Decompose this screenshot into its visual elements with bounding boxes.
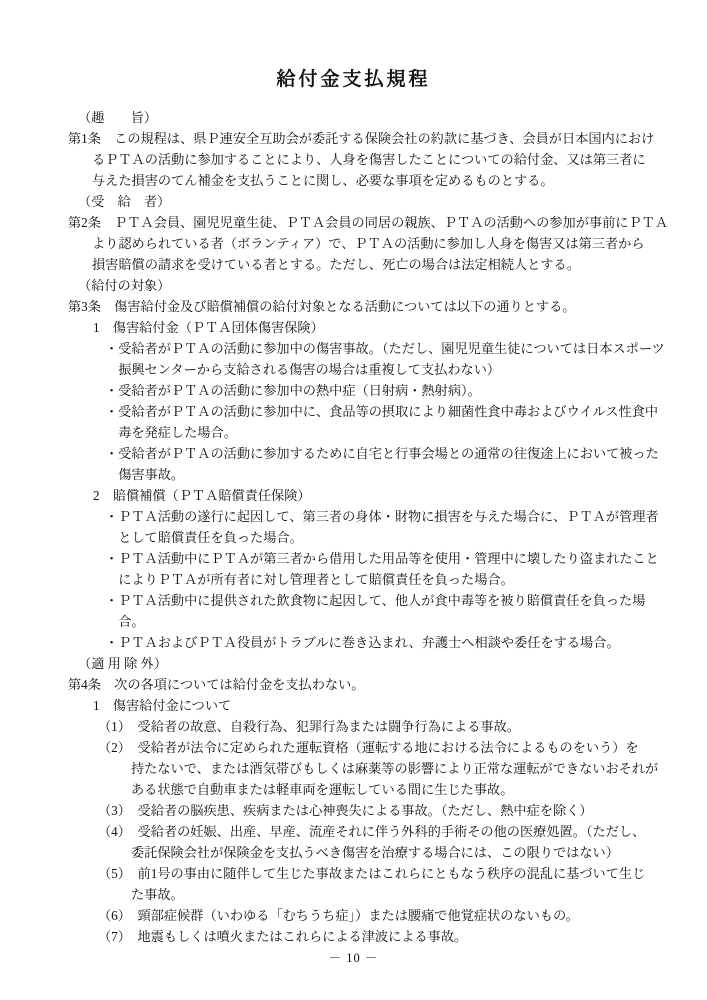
text-line: （1） 受給者の故意、自殺行為、犯罪行為または闘争行為による事故。 [98, 719, 520, 734]
text-line: によりＰＴＡが所有者に対し管理者として賠償責任を負った場合。 [118, 572, 514, 587]
doc-block-num: 2 賠償補償（ＰＴＡ賠償責任保険） [93, 485, 669, 506]
doc-block-bullet: ・ＰＴＡおよびＰＴＡ役員がトラブルに巻き込まれ、弁護士へ相談や委任をする場合。 [105, 632, 669, 653]
text-line: として賠償責任を負った場合。 [118, 530, 303, 545]
text-line: より認められている者（ボランティア）で、ＰＴＡの活動に参加し人身を傷害又は第三者… [92, 236, 645, 251]
doc-block-label: （給付の対象） [78, 275, 669, 296]
text-line: 第1条 この規程は、県Ｐ連安全互助会が委託する保険会社の約款に基づき、会員が日本… [68, 131, 654, 146]
doc-block-sub: （4） 受給者の妊娠、出産、早産、流産それに伴う外科的手術その他の医療処置。（た… [98, 821, 669, 863]
document-page: 給付金支払規程 （趣 旨）第1条 この規程は、県Ｐ連安全互助会が委託する保険会社… [0, 0, 707, 1000]
doc-block-label: （適 用 除 外） [78, 653, 669, 674]
doc-block-bullet: ・受給者がＰＴＡの活動に参加するために自宅と行事会場との通常の往復途上において被… [105, 443, 669, 485]
text-line: ある状態で自動車または軽車両を運転している間に生じた事故。 [131, 782, 513, 797]
doc-block-sub: （2） 受給者が法令に定められた運転資格（運転する地における法令によるものをいう… [98, 737, 669, 800]
text-line: 振興センターから支給される傷害の場合は重複して支払わない） [118, 362, 500, 377]
text-line: ・ＰＴＡ活動の遂行に起因して、第三者の身体・財物に損害を与えた場合に、ＰＴＡが管… [105, 509, 659, 524]
text-line: ・受給者がＰＴＡの活動に参加するために自宅と行事会場との通常の往復途上において被… [105, 446, 659, 461]
text-line: 毒を発症した場合。 [118, 425, 237, 440]
doc-block-num: 1 傷害給付金について [93, 695, 669, 716]
text-line: 第4条 次の各項については給付金を支払わない。 [68, 677, 364, 692]
doc-block-article: 第4条 次の各項については給付金を支払わない。 [68, 674, 669, 695]
doc-block-bullet: ・受給者がＰＴＡの活動に参加中の傷害事故。（ただし、園児児童生徒については日本ス… [105, 338, 669, 380]
text-line: 持たないで、または酒気帯びもしくは麻薬等の影響により正常な運転ができないおそれが [131, 761, 658, 776]
text-line: （6） 頸部症候群（いわゆる「むちうち症」）または腰痛で他覚症状のないもの。 [98, 908, 579, 923]
text-line: 与えた損害のてん補金を支払うことに関し、必要な事項を定めるものとする。 [92, 173, 554, 188]
text-line: ・受給者がＰＴＡの活動に参加中に、食品等の摂取により細菌性食中毒およびウイルス性… [105, 404, 658, 419]
text-line: （3） 受給者の脳疾患、疾病または心神喪失による事故。（ただし、熱中症を除く） [98, 803, 593, 818]
doc-block-article: 第1条 この規程は、県Ｐ連安全互助会が委託する保険会社の約款に基づき、会員が日本… [68, 128, 669, 191]
text-line: 委託保険会社が保険金を支払うべき傷害を治療する場合には、この限りではない） [131, 845, 619, 860]
doc-block-article: 第3条 傷害給付金及び賠償補償の給付対象となる活動については以下の通りとする。 [68, 296, 669, 317]
text-line: 第2条 ＰＴＡ会員、園児児童生徒、ＰＴＡ会員の同居の親族、ＰＴＡの活動への参加が… [68, 215, 668, 230]
text-line: 1 傷害給付金について [93, 698, 231, 713]
text-line: ・ＰＴＡ活動中に提供された飲食物に起因して、他人が食中毒等を被り賠償責任を負った… [105, 593, 645, 629]
doc-block-sub: （5） 前1号の事由に随伴して生じた事故またはこれらにともなう秩序の混乱に基づい… [98, 863, 669, 905]
text-line: た事故。 [131, 887, 184, 902]
text-line: ・受給者がＰＴＡの活動に参加中の熱中症（日射病・熱射病）。 [105, 383, 481, 398]
doc-block-sub: （3） 受給者の脳疾患、疾病または心神喪失による事故。（ただし、熱中症を除く） [98, 800, 669, 821]
text-line: ・ＰＴＡおよびＰＴＡ役員がトラブルに巻き込まれ、弁護士へ相談や委任をする場合。 [105, 635, 620, 650]
text-line: （7） 地震もしくは噴火またはこれらによる津波による事故。 [98, 929, 467, 944]
text-line: （5） 前1号の事由に随伴して生じた事故またはこれらにともなう秩序の混乱に基づい… [98, 866, 645, 881]
text-line: （2） 受給者が法令に定められた運転資格（運転する地における法令によるものをいう… [98, 740, 639, 755]
text-line: （4） 受給者の妊娠、出産、早産、流産それに伴う外科的手術その他の医療処置。（た… [98, 824, 645, 839]
doc-block-bullet: ・ＰＴＡ活動中に提供された飲食物に起因して、他人が食中毒等を被り賠償責任を負った… [105, 590, 669, 632]
doc-block-article: 第2条 ＰＴＡ会員、園児児童生徒、ＰＴＡ会員の同居の親族、ＰＴＡの活動への参加が… [68, 212, 669, 275]
text-line: 第3条 傷害給付金及び賠償補償の給付対象となる活動については以下の通りとする。 [68, 299, 575, 314]
text-line: るＰＴＡの活動に参加することにより、人身を傷害したことについての給付金、又は第三… [92, 152, 646, 167]
text-line: 2 賠償補償（ＰＴＡ賠償責任保険） [93, 488, 311, 503]
text-line: ・ＰＴＡ活動中にＰＴＡが第三者から借用した用品等を使用・管理中に壊したり盗まれた… [105, 551, 659, 566]
doc-block-sub: （6） 頸部症候群（いわゆる「むちうち症」）または腰痛で他覚症状のないもの。 [98, 905, 669, 926]
document-body: （趣 旨）第1条 この規程は、県Ｐ連安全互助会が委託する保険会社の約款に基づき、… [0, 107, 707, 947]
doc-block-bullet: ・受給者がＰＴＡの活動に参加中に、食品等の摂取により細菌性食中毒およびウイルス性… [105, 401, 669, 443]
doc-block-bullet: ・ＰＴＡ活動の遂行に起因して、第三者の身体・財物に損害を与えた場合に、ＰＴＡが管… [105, 506, 669, 548]
doc-block-label: （趣 旨） [78, 107, 669, 128]
text-line: 1 傷害給付金（ＰＴＡ団体傷害保険） [93, 320, 324, 335]
doc-block-bullet: ・ＰＴＡ活動中にＰＴＡが第三者から借用した用品等を使用・管理中に壊したり盗まれた… [105, 548, 669, 590]
page-number: － 10 － [0, 948, 707, 966]
doc-block-bullet: ・受給者がＰＴＡの活動に参加中の熱中症（日射病・熱射病）。 [105, 380, 669, 401]
text-line: ・受給者がＰＴＡの活動に参加中の傷害事故。（ただし、園児児童生徒については日本ス… [105, 341, 665, 356]
doc-block-sub: （7） 地震もしくは噴火またはこれらによる津波による事故。 [98, 926, 669, 947]
doc-block-label: （受 給 者） [78, 191, 669, 212]
doc-block-sub: （1） 受給者の故意、自殺行為、犯罪行為または闘争行為による事故。 [98, 716, 669, 737]
text-line: 傷害事故。 [118, 467, 184, 482]
text-line: 損害賠償の請求を受けている者とする。ただし、死亡の場合は法定相続人とする。 [92, 257, 580, 272]
doc-block-num: 1 傷害給付金（ＰＴＡ団体傷害保険） [93, 317, 669, 338]
page-title: 給付金支払規程 [0, 64, 707, 91]
